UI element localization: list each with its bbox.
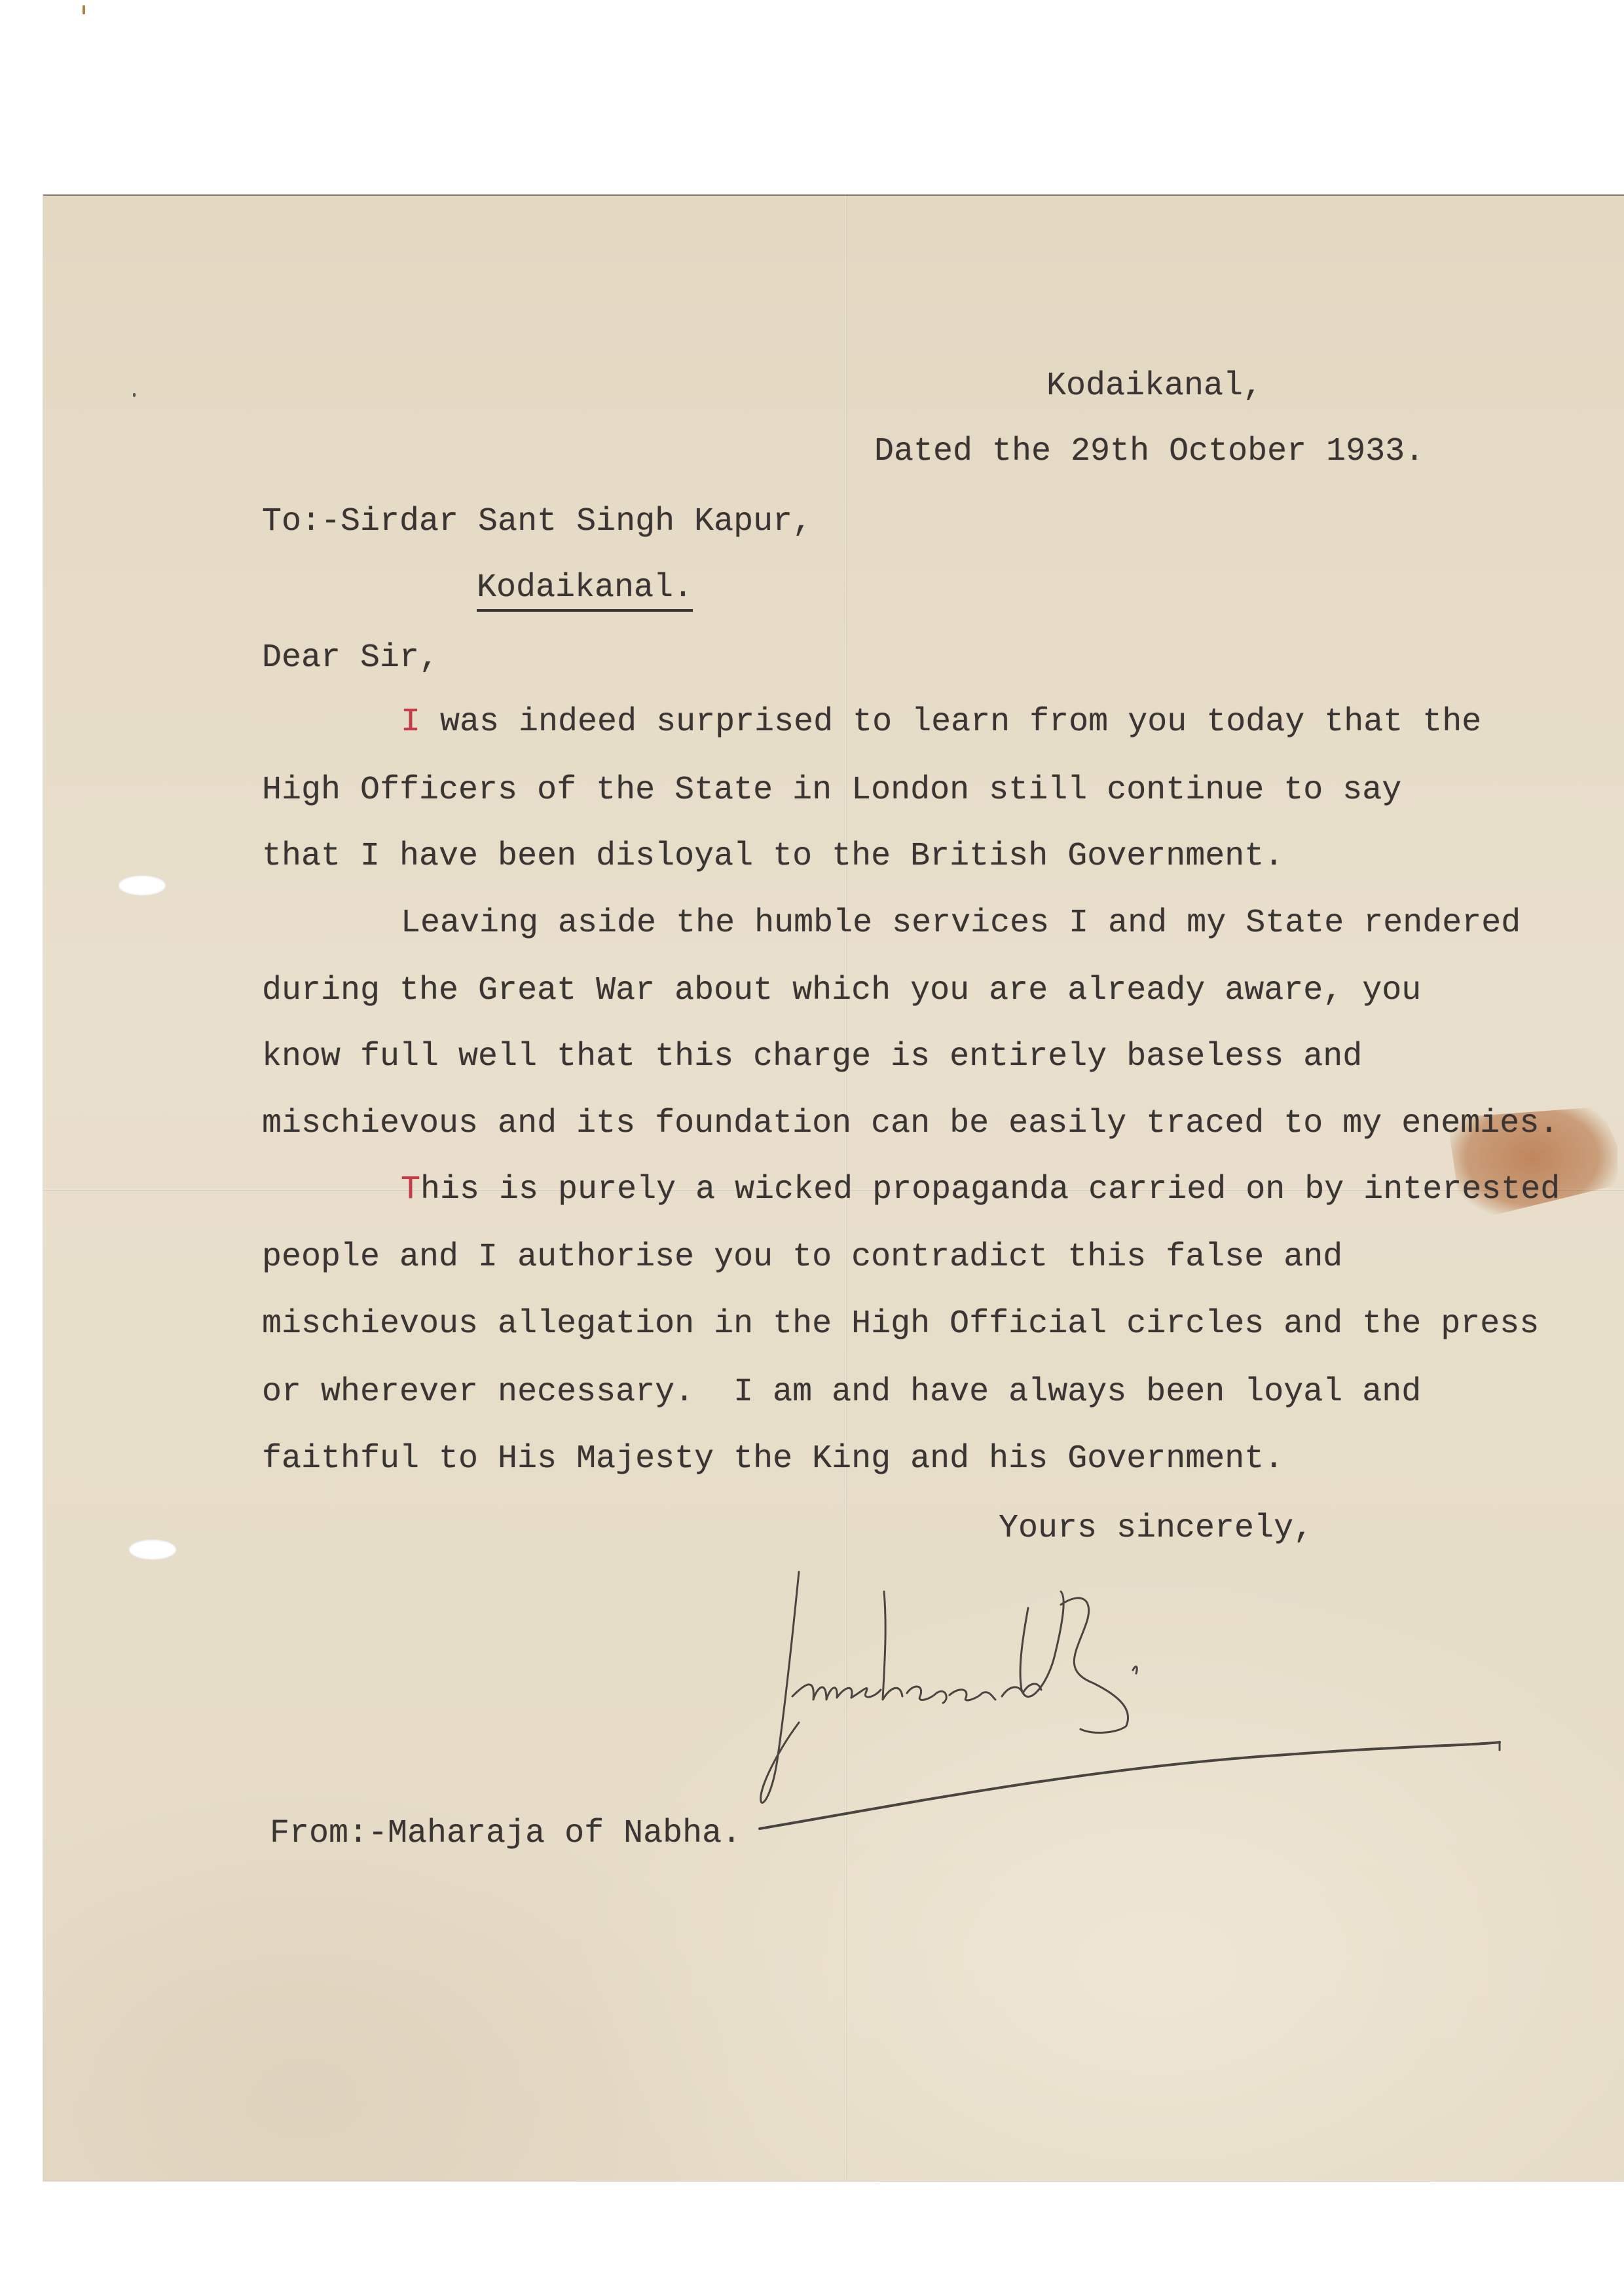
- body-line: I was indeed surprised to learn from you…: [401, 703, 1481, 742]
- sender-line: From:-Maharaja of Nabha.: [270, 1814, 741, 1854]
- place-line: Kodaikanal,: [1046, 367, 1263, 406]
- body-line: Leaving aside the humble services I and …: [401, 904, 1521, 943]
- body-line: mischievous allegation in the High Offic…: [262, 1305, 1539, 1344]
- punch-hole-bottom: [128, 1539, 177, 1560]
- body-line: know full well that this charge is entir…: [262, 1037, 1362, 1077]
- body-line: This is purely a wicked propaganda carri…: [401, 1170, 1560, 1210]
- addressee-name: To:-Sirdar Sant Singh Kapur,: [262, 502, 812, 542]
- addressee-place: Kodaikanal.: [477, 569, 693, 612]
- body-line: during the Great War about which you are…: [262, 971, 1421, 1011]
- punch-hole-top: [118, 875, 166, 896]
- salutation: Dear Sir,: [262, 639, 439, 678]
- ink-speck: [83, 5, 85, 14]
- body-line: High Officers of the State in London sti…: [262, 771, 1401, 810]
- body-line: or wherever necessary. I am and have alw…: [262, 1373, 1421, 1412]
- ink-speck: [133, 393, 136, 397]
- handwritten-signature: [753, 1559, 1539, 1834]
- body-line: that I have been disloyal to the British…: [262, 837, 1283, 876]
- body-line: mischievous and its foundation can be ea…: [262, 1104, 1559, 1144]
- closing: Yours sincerely,: [999, 1509, 1313, 1548]
- body-line: faithful to His Majesty the King and his…: [262, 1440, 1283, 1479]
- body-line: people and I authorise you to contradict…: [262, 1238, 1342, 1277]
- date-line: Dated the 29th October 1933.: [874, 432, 1424, 472]
